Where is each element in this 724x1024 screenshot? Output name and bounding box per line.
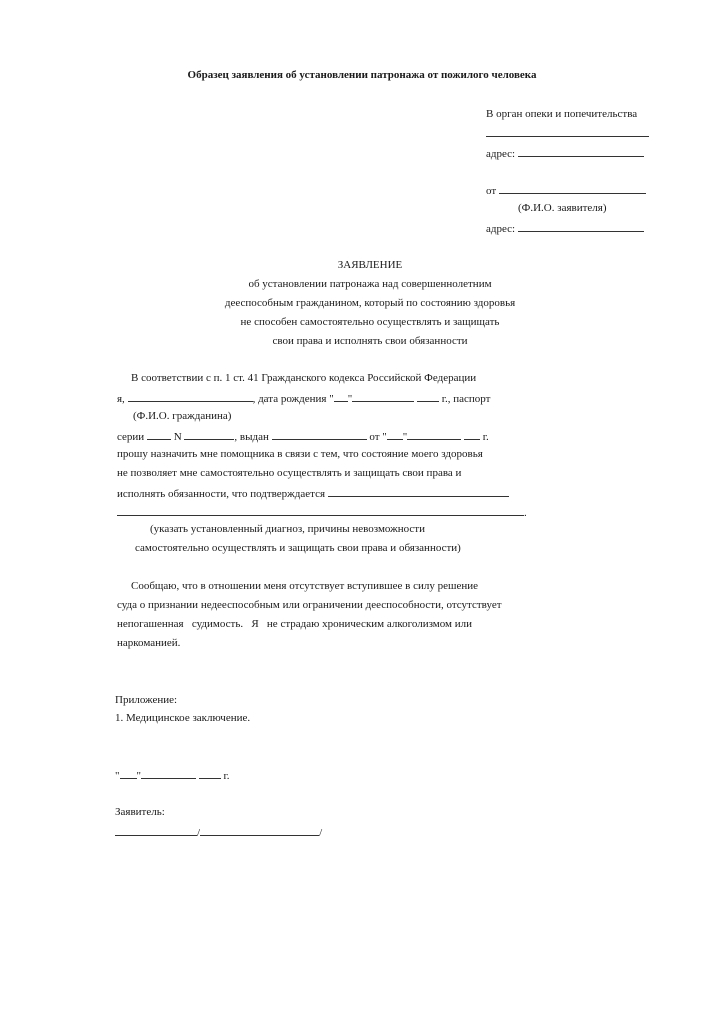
applicant-name-hint: (Ф.И.О. заявителя): [518, 202, 607, 215]
body-line: В соответствии с п. 1 ст. 41 Гражданског…: [131, 372, 476, 385]
attachments-label: Приложение:: [115, 694, 177, 707]
body-line: Сообщаю, что в отношении меня отсутствуе…: [131, 580, 478, 593]
body-line: наркоманией.: [117, 637, 180, 650]
body-line: прошу назначить мне помощника в связи с …: [117, 448, 483, 461]
date-line: "" г.: [115, 768, 230, 783]
from-label: от: [486, 185, 496, 197]
body-line-passport: серии N , выдан от "" г.: [117, 429, 489, 444]
birth-year-field: [417, 391, 439, 402]
signature-line: //: [115, 825, 322, 840]
addressee-org: В орган опеки и попечительства: [486, 108, 637, 121]
body-line: суда о признании недееспособным или огра…: [117, 599, 502, 612]
body-line: непогашенная судимость. Я не страдаю хро…: [117, 618, 472, 631]
text: , дата рождения ": [253, 393, 334, 405]
org-address-line: адрес:: [486, 146, 644, 161]
address-label: адрес:: [486, 223, 515, 235]
signature-field: [115, 825, 197, 836]
date-day-field: [120, 768, 137, 779]
applicant-address-field: [518, 221, 644, 232]
text: г.: [483, 431, 489, 443]
date-month-field: [141, 768, 196, 779]
text: исполнять обязанности, что подтверждаетс…: [117, 488, 325, 500]
text: г.: [224, 770, 230, 782]
text: серии: [117, 431, 144, 443]
attachment-item: 1. Медицинское заключение.: [115, 712, 250, 725]
statement-heading: ЗАЯВЛЕНИЕ: [0, 259, 724, 272]
confirmation-field-cont: [117, 505, 524, 516]
text: /: [319, 827, 322, 839]
confirmation-field: [328, 486, 509, 497]
birth-day-field: [334, 391, 348, 402]
text: .: [524, 507, 527, 519]
body-line-name-birth: я, , дата рождения "" г., паспорт: [117, 391, 490, 406]
address-label: адрес:: [486, 148, 515, 160]
text: N: [174, 431, 182, 443]
org-name-field: [486, 126, 649, 141]
issue-day-field: [387, 429, 403, 440]
applicant-name-field: [499, 183, 646, 194]
statement-subtitle-line: свои права и исполнять свои обязанности: [0, 335, 724, 348]
date-year-field: [199, 768, 221, 779]
text: г., паспорт: [442, 393, 491, 405]
body-line: не позволяет мне самостоятельно осуществ…: [117, 467, 461, 480]
birth-month-field: [352, 391, 414, 402]
issue-year-field: [464, 429, 480, 440]
statement-subtitle-line: не способен самостоятельно осуществлять …: [0, 316, 724, 329]
citizen-name-hint: (Ф.И.О. гражданина): [133, 410, 231, 423]
text: , выдан: [234, 431, 268, 443]
issued-by-field: [272, 429, 367, 440]
statement-subtitle-line: об установлении патронажа над совершенно…: [0, 278, 724, 291]
applicant-address-line: адрес:: [486, 221, 644, 236]
body-line-confirmed-cont: .: [117, 505, 527, 520]
diagnosis-hint: (указать установленный диагноз, причины …: [150, 523, 425, 536]
text: я,: [117, 393, 125, 405]
document-title: Образец заявления об установлении патрон…: [0, 69, 724, 82]
applicant-label: Заявитель:: [115, 806, 165, 819]
text: от ": [369, 431, 386, 443]
passport-series-field: [147, 429, 171, 440]
diagnosis-hint: самостоятельно осуществлять и защищать с…: [135, 542, 461, 555]
signature-name-field: [200, 825, 319, 836]
org-address-field: [518, 146, 644, 157]
body-line-confirmed: исполнять обязанности, что подтверждаетс…: [117, 486, 509, 501]
from-line: от: [486, 183, 646, 198]
statement-subtitle-line: дееспособным гражданином, который по сос…: [0, 297, 724, 310]
issue-month-field: [407, 429, 461, 440]
citizen-name-field: [128, 391, 253, 402]
passport-number-field: [184, 429, 234, 440]
